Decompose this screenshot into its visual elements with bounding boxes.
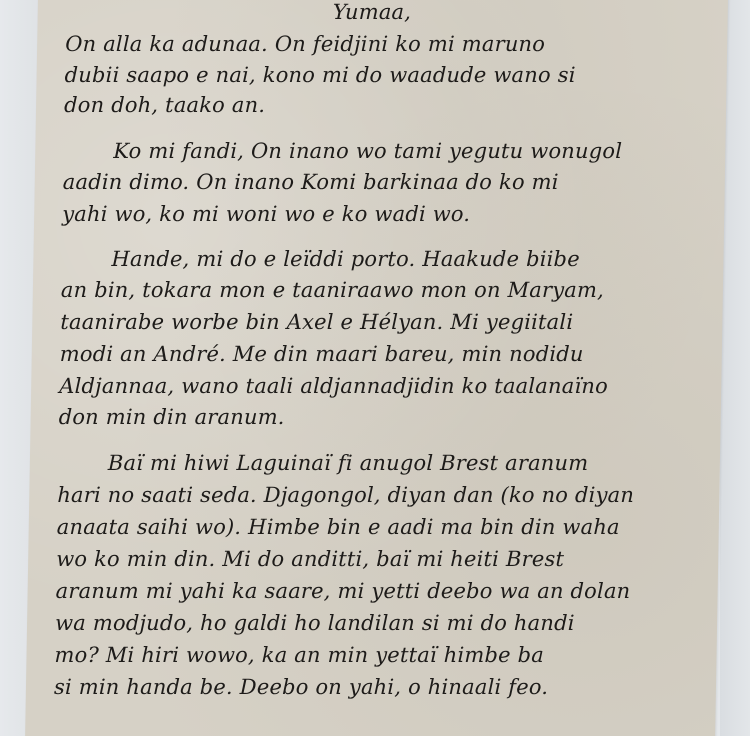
letter-line: yahi wo, ko mi woni wo e ko wadi wo. xyxy=(62,202,470,226)
letter-line: aadin dimo. On inano Komi barkinaa do ko… xyxy=(63,170,559,194)
letter-line: don min din aranum. xyxy=(58,405,284,429)
letter-line: Baï mi hiwi Laguinaï fi anugol Brest ara… xyxy=(108,451,589,475)
letter-line: hari no saati seda. Djagongol, diyan dan… xyxy=(57,483,634,507)
letter-line: Ko mi fandi, On inano wo tami yegutu won… xyxy=(113,139,622,163)
letter-line: anaata saihi wo). Himbe bin e aadi ma bi… xyxy=(57,515,620,539)
letter-line: On alla ka adunaa. On feidjini ko mi mar… xyxy=(65,32,545,56)
letter-line: aranum mi yahi ka saare, mi yetti deebo … xyxy=(55,579,630,603)
letter-greeting: Yumaa, xyxy=(333,0,412,24)
letter-line: don doh, taako an. xyxy=(64,93,266,117)
letter-line: modi an André. Me din maari bareu, min n… xyxy=(60,342,584,366)
letter-paper: Yumaa, On alla ka adunaa. On feidjini ko… xyxy=(25,0,728,736)
letter-line: wa modjudo, ho galdi ho landilan si mi d… xyxy=(55,611,575,635)
handwritten-letter: Yumaa, On alla ka adunaa. On feidjini ko… xyxy=(25,0,728,736)
letter-line: mo? Mi hiri wowo, ka an min yettaï himbe… xyxy=(54,643,544,667)
letter-line: Hande, mi do e leïddi porto. Haakude bii… xyxy=(111,247,580,271)
letter-line: an bin, tokara mon e taaniraawo mon on M… xyxy=(61,278,605,302)
letter-line: wo ko min din. Mi do anditti, baï mi hei… xyxy=(56,547,564,571)
letter-line: dubii saapo e nai, kono mi do waadude wa… xyxy=(64,63,575,87)
letter-line: taanirabe worbe bin Axel e Hélyan. Mi ye… xyxy=(60,310,573,334)
letter-line: Aldjannaa, wano taali aldjannadjidin ko … xyxy=(59,374,608,398)
letter-line: si min handa be. Deebo on yahi, o hinaal… xyxy=(54,675,549,699)
